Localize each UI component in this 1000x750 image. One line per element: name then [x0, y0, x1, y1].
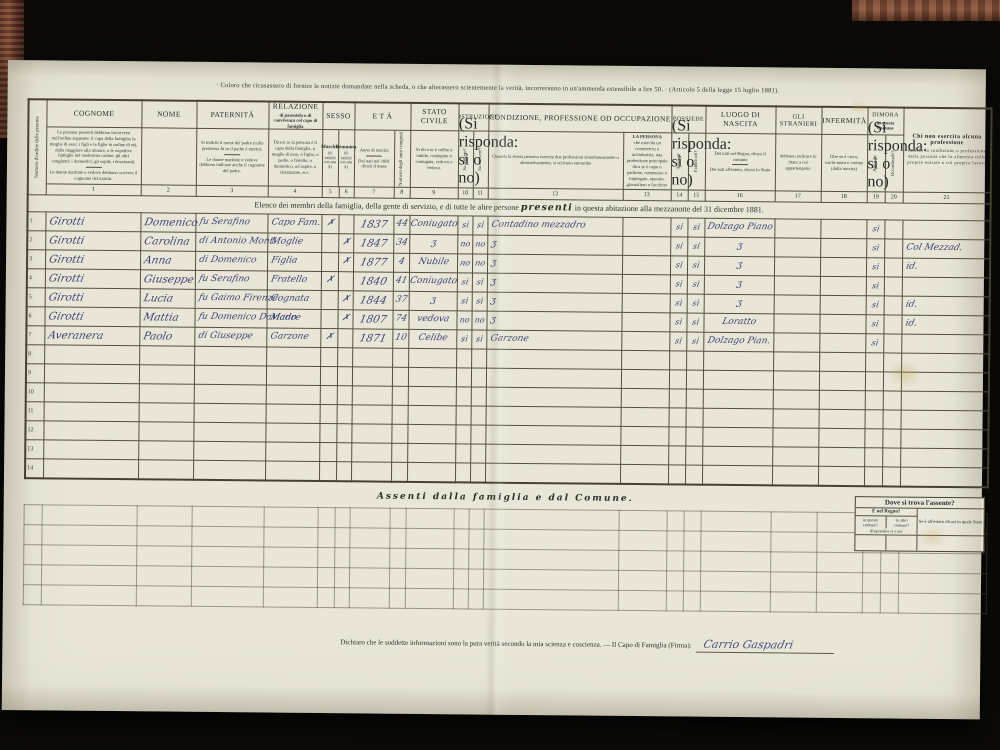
cell-row-number: 2	[27, 231, 45, 250]
cell-sesso-f	[337, 367, 352, 386]
cell-sesso-f	[336, 424, 351, 443]
cell-luogo-nascita: ʒ	[704, 256, 774, 276]
cell-anno-nascita	[350, 508, 390, 528]
cell-infermita	[820, 295, 866, 314]
cell-terreni	[669, 351, 686, 370]
cell-relazione	[264, 507, 318, 528]
header-stato-civile: STATO CIVILE	[410, 103, 458, 131]
cell-paternita	[192, 506, 264, 527]
cell-stato-civile	[406, 548, 454, 568]
cell-sesso-f	[338, 272, 353, 291]
cell-la-persona	[618, 570, 666, 590]
header-relazione: RELAZIONE di parentela o di convivenza c…	[268, 102, 322, 130]
header-eta: E T À	[354, 102, 410, 130]
cell-relazione: Moglie	[267, 233, 321, 253]
census-table: Numero d'ordine delle persone COGNOME NO…	[24, 98, 993, 488]
cell-stato-civile	[407, 424, 455, 443]
cell-la-persona	[622, 255, 670, 274]
cell-terreni: sì	[670, 294, 687, 313]
cell-sa-leggere	[455, 425, 470, 444]
cell-infermita	[819, 333, 865, 352]
cell-terreni	[666, 571, 683, 591]
cell-terreni: sì	[669, 313, 686, 332]
cell-fabbricati	[684, 511, 701, 531]
cell-cognome	[44, 364, 139, 384]
cell-stato-civile: vedova	[408, 310, 456, 329]
cell-stranieri	[771, 512, 817, 532]
cell-cognome	[42, 545, 137, 566]
cell-anni-compiuti	[391, 424, 407, 443]
cell-anni-compiuti: 4	[393, 253, 409, 272]
note-la-persona: LA PERSONAche esercita un commercio o un…	[623, 133, 672, 190]
note-paternita: Si indichi il nome del padre (colla prem…	[196, 128, 269, 185]
cell-row-number: 6	[26, 307, 44, 326]
cell-fabbricati: sì	[687, 256, 704, 275]
head-of-family-signature: Carrio Gaspadri	[696, 638, 837, 654]
cell-nome: Giuseppe	[140, 270, 195, 290]
cell-dimora-occasionale	[880, 573, 898, 593]
penalty-notice: · Coloro che ricusassero di fornire le n…	[28, 80, 968, 96]
cell-stranieri	[774, 276, 820, 295]
cell-anni-compiuti	[392, 367, 408, 386]
cell-terreni: sì	[670, 237, 687, 256]
cell-dimora-occasionale	[883, 410, 901, 429]
cell-paternita	[194, 346, 266, 366]
cell-chi-non-esercita	[901, 353, 989, 373]
cell-row-number	[23, 585, 41, 605]
cell-nome	[139, 346, 194, 366]
cell-anno-nascita	[350, 528, 390, 548]
cell-paternita: di Domenico	[195, 251, 267, 271]
cell-sesso-m	[320, 309, 337, 328]
cell-chi-non-esercita: id.	[901, 315, 989, 335]
cell-paternita: di Antonio Monti	[195, 232, 267, 252]
cell-fabbricati	[684, 531, 701, 551]
cell-relazione	[265, 461, 319, 481]
cell-dimora-occasionale	[884, 277, 902, 296]
cell-luogo-nascita	[702, 465, 772, 485]
cell-stranieri	[773, 371, 819, 390]
header-stranieri: GLI STRANIERI	[775, 106, 821, 134]
cell-chi-non-esercita: id.	[902, 258, 990, 278]
cell-sa-scrivere	[468, 569, 483, 589]
cell-dimora-occasionale	[884, 258, 902, 277]
cell-luogo-nascita: ʒ	[704, 275, 774, 295]
cell-nome: Paolo	[139, 327, 194, 347]
cell-condizione: ʒ	[486, 311, 621, 331]
cell-anni-compiuti	[390, 528, 406, 548]
cell-sa-scrivere: sì	[472, 273, 487, 292]
cell-infermita	[817, 552, 863, 572]
cell-paternita	[193, 422, 265, 442]
cell-sa-leggere: no	[457, 235, 472, 254]
cell-anni-compiuti	[391, 443, 407, 462]
cell-anno-nascita	[352, 405, 392, 424]
cell-sa-scrivere: sì	[472, 292, 487, 311]
cell-stranieri	[771, 552, 817, 572]
cell-terreni	[669, 389, 686, 408]
cell-sesso-f	[335, 508, 350, 528]
cell-infermita	[819, 314, 865, 333]
cell-sesso-f	[335, 548, 350, 568]
cell-stranieri	[773, 352, 819, 371]
cell-infermita	[818, 447, 864, 466]
cell-row-number	[24, 525, 42, 545]
cell-stato-civile	[408, 348, 456, 367]
cell-sa-leggere: sì	[457, 216, 472, 235]
cell-cognome	[44, 402, 139, 422]
cell-paternita	[191, 586, 263, 607]
cell-condizione	[485, 444, 620, 464]
cell-paternita	[193, 441, 265, 461]
cell-sa-leggere	[456, 349, 471, 368]
cell-sa-scrivere	[471, 387, 486, 406]
cell-fabbricati: sì	[686, 313, 703, 332]
cell-sesso-m	[320, 404, 337, 423]
cell-stranieri	[774, 238, 820, 257]
cell-relazione	[266, 385, 320, 405]
cell-sa-leggere	[454, 509, 469, 529]
note-infermita: Dire se è cieco, sordo-muto o cretino (d…	[821, 134, 868, 191]
cell-row-number	[24, 505, 42, 525]
cell-relazione	[266, 366, 320, 386]
cell-sesso-m	[318, 527, 335, 547]
cell-luogo-nascita	[700, 571, 770, 592]
cell-stato-civile	[408, 386, 456, 405]
header-nome: NOME	[141, 100, 196, 128]
cell-sa-scrivere	[469, 529, 484, 549]
cell-paternita: fu Serafino	[195, 213, 267, 233]
cell-stranieri	[774, 219, 820, 238]
cell-dimora-abituale	[862, 593, 880, 613]
cell-anni-compiuti	[390, 508, 406, 528]
cell-chi-non-esercita	[901, 334, 989, 354]
cell-nome	[139, 403, 194, 423]
cell-terreni	[669, 370, 686, 389]
cell-terreni	[668, 465, 685, 485]
cell-sesso-f: ✗	[337, 310, 352, 329]
present-emphasis: presenti	[521, 202, 573, 213]
cell-sesso-f	[336, 443, 351, 462]
cell-terreni	[667, 531, 684, 551]
cell-sesso-f: ✗	[338, 234, 353, 253]
cell-stato-civile	[406, 508, 454, 528]
cell-dimora-occasionale	[884, 220, 902, 239]
cell-sa-scrivere: no	[472, 235, 487, 254]
cell-cognome	[44, 345, 139, 365]
cell-sa-leggere	[455, 444, 470, 463]
cell-stranieri	[770, 572, 816, 592]
cell-row-number: 10	[26, 383, 44, 402]
cell-condizione: ʒ	[487, 292, 622, 312]
header-row-number-column: Numero d'ordine delle persone	[28, 99, 47, 195]
cell-condizione	[485, 463, 620, 484]
cell-infermita	[820, 238, 866, 257]
cell-stato-civile	[405, 568, 453, 588]
cell-dimora-abituale	[865, 353, 883, 372]
cell-terreni: sì	[669, 332, 686, 351]
cell-luogo-nascita	[702, 427, 772, 447]
cell-anno-nascita	[349, 568, 389, 588]
cell-cognome: Girotti	[45, 288, 140, 308]
cell-nome	[138, 460, 193, 480]
cell-cognome	[44, 383, 139, 403]
cell-condizione	[484, 549, 619, 570]
cell-sa-scrivere	[469, 549, 484, 569]
cell-anno-nascita	[350, 548, 390, 568]
header-condizione: CONDIZIONE, PROFESSIONE OD OCCUPAZIONE	[488, 104, 671, 133]
cell-la-persona	[620, 445, 668, 464]
cell-stranieri	[773, 333, 819, 352]
cell-nome: Domenico	[140, 213, 195, 233]
cell-chi-non-esercita	[901, 391, 989, 411]
cell-condizione	[485, 425, 620, 445]
cell-dimora-occasionale	[883, 391, 901, 410]
cell-anni-compiuti	[389, 568, 405, 588]
cell-la-persona	[619, 530, 667, 550]
cell-dimora-abituale	[865, 372, 883, 391]
cell-dimora-occasionale	[884, 239, 902, 258]
cell-dimora-abituale	[865, 410, 883, 429]
cell-anni-compiuti: 10	[392, 329, 408, 348]
cell-sa-leggere	[456, 368, 471, 387]
header-luogo-nascita: LUOGO DI NASCITA	[705, 106, 775, 134]
cell-paternita	[191, 566, 263, 587]
cell-cognome	[43, 421, 138, 441]
note-eta: Anno di nascitaDei nati nel 1881 dicesi …	[354, 130, 411, 187]
cell-condizione: Garzone	[486, 330, 621, 350]
cell-stato-civile	[406, 528, 454, 548]
cell-relazione	[263, 567, 317, 588]
cell-row-number: 12	[25, 421, 43, 440]
cell-stranieri	[773, 390, 819, 409]
cell-dimora-abituale	[864, 429, 882, 448]
cell-luogo-nascita: ʒ	[704, 237, 774, 257]
cell-anno-nascita	[352, 386, 392, 405]
cell-sa-scrivere: no	[472, 254, 487, 273]
cell-luogo-nascita: ʒ	[704, 294, 774, 314]
cell-chi-non-esercita: id.	[902, 296, 990, 316]
note-relazione: Dicesi se la persona è il capo della fam…	[268, 129, 323, 186]
cell-relazione	[266, 347, 320, 367]
cell-fabbricati	[686, 351, 703, 370]
cell-chi-non-esercita	[901, 410, 989, 430]
cell-chi-non-esercita	[898, 573, 986, 594]
cell-stranieri	[770, 592, 816, 612]
cell-sesso-m: ✗	[321, 271, 338, 290]
cell-anno-nascita	[352, 367, 392, 386]
cell-terreni: sì	[670, 218, 687, 237]
absent-box-this-comune: in questo comune?	[856, 516, 887, 529]
cell-infermita	[819, 390, 865, 409]
cell-anni-compiuti	[392, 348, 408, 367]
census-sheet-content: · Coloro che ricusassero di fornire le n…	[2, 60, 986, 719]
cell-anni-compiuti	[392, 386, 408, 405]
cell-relazione	[264, 527, 318, 548]
cell-dimora-occasionale	[883, 315, 901, 334]
cell-nome	[137, 526, 192, 547]
cell-cognome: Girotti	[45, 269, 140, 289]
cell-sa-leggere: no	[456, 311, 471, 330]
cell-fabbricati: sì	[687, 275, 704, 294]
cell-relazione	[265, 442, 319, 462]
cell-relazione: Fratello	[267, 271, 321, 291]
cell-infermita	[818, 466, 864, 486]
cell-luogo-nascita	[703, 351, 773, 371]
cell-anno-nascita: 1837	[353, 215, 393, 234]
cell-row-number: 9	[26, 364, 44, 383]
note-stranieri: debbono indicare lo Stato a cui apparten…	[775, 134, 822, 191]
cell-la-persona	[622, 293, 670, 312]
cell-chi-non-esercita	[901, 372, 989, 392]
note-dimora: Abituale Occasionale? (Si risponda: sì o…	[867, 135, 904, 192]
header-paternita: PATERNITÀ	[196, 101, 268, 129]
cell-sa-scrivere: no	[471, 311, 486, 330]
cell-dimora-occasionale	[883, 334, 901, 353]
cell-stranieri	[774, 257, 820, 276]
cell-stato-civile	[408, 405, 456, 424]
cell-sa-scrivere	[471, 406, 486, 425]
absent-box-respond-note: (Rispondere sì o no)	[855, 529, 917, 536]
cell-anno-nascita: 1877	[353, 253, 393, 272]
cell-la-persona	[621, 407, 669, 426]
cell-cognome	[42, 525, 137, 546]
cell-cognome: Girotti	[45, 250, 140, 270]
cell-sesso-f	[334, 588, 349, 608]
cell-chi-non-esercita	[900, 448, 988, 468]
cell-sa-leggere	[453, 589, 468, 609]
cell-fabbricati	[686, 389, 703, 408]
cell-condizione	[486, 368, 621, 388]
cell-terreni: sì	[670, 256, 687, 275]
absent-box-empty-row	[855, 535, 983, 552]
cell-anni-compiuti: 37	[393, 291, 409, 310]
cell-nome	[138, 422, 193, 442]
cell-infermita	[819, 352, 865, 371]
cell-sesso-f	[338, 215, 353, 234]
cell-sesso-m	[318, 547, 335, 567]
cell-relazione: Garzone	[266, 328, 320, 348]
cell-luogo-nascita	[703, 370, 773, 390]
cell-la-persona	[621, 369, 669, 388]
cell-condizione	[486, 387, 621, 407]
cell-dimora-abituale: sì	[865, 334, 883, 353]
cell-condizione	[484, 509, 619, 530]
cell-sesso-m	[321, 290, 338, 309]
cell-sesso-f	[337, 386, 352, 405]
cell-anni-compiuti: 44	[393, 215, 409, 234]
cell-anni-compiuti	[391, 462, 407, 482]
cell-anno-nascita: 1807	[352, 310, 392, 329]
cell-dimora-abituale	[862, 573, 880, 593]
cell-anno-nascita: 1844	[353, 291, 393, 310]
cell-anni-compiuti: 74	[392, 310, 408, 329]
cell-condizione	[483, 569, 618, 590]
cell-la-persona	[622, 274, 670, 293]
declaration-text: Dichiaro che le suddette informazioni so…	[340, 638, 691, 649]
cell-paternita: fu Gaimo Firenze	[195, 289, 267, 309]
cell-anni-compiuti	[389, 588, 405, 608]
cell-stranieri	[772, 447, 818, 466]
cell-chi-non-esercita	[900, 429, 988, 449]
cell-row-number: 3	[27, 250, 45, 269]
cell-luogo-nascita	[703, 389, 773, 409]
cell-sa-scrivere	[470, 444, 485, 463]
cell-relazione: Madre	[266, 309, 320, 329]
cell-sa-scrivere: sì	[472, 216, 487, 235]
cell-la-persona	[620, 464, 668, 484]
cell-sesso-m	[320, 347, 337, 366]
wood-fragment-top-right	[852, 0, 1000, 21]
cell-nome	[139, 384, 194, 404]
cell-stato-civile	[407, 462, 455, 482]
cell-infermita	[820, 257, 866, 276]
cell-fabbricati	[686, 370, 703, 389]
note-nome	[141, 128, 197, 185]
cell-relazione: Cognata	[267, 290, 321, 310]
cell-luogo-nascita: Loratto	[703, 313, 773, 333]
cell-terreni	[669, 408, 686, 427]
cell-luogo-nascita	[702, 446, 772, 466]
cell-condizione	[484, 529, 619, 550]
cell-condizione: ʒ	[487, 254, 622, 274]
cell-condizione: Contadino mezzadro	[487, 216, 622, 236]
cell-fabbricati	[686, 408, 703, 427]
cell-luogo-nascita	[701, 531, 771, 552]
cell-cognome	[43, 440, 138, 460]
cell-stranieri	[772, 428, 818, 447]
cell-anno-nascita: 1871	[352, 329, 392, 348]
cell-condizione	[486, 406, 621, 426]
cell-infermita	[820, 219, 866, 238]
cell-la-persona	[621, 350, 669, 369]
cell-fabbricati	[683, 571, 700, 591]
cell-dimora-occasionale	[882, 467, 900, 487]
cell-cognome	[41, 565, 136, 586]
cell-dimora-abituale	[863, 553, 881, 573]
cell-cognome	[41, 585, 136, 606]
cell-luogo-nascita	[700, 591, 770, 612]
cell-nome: Carolina	[140, 232, 195, 252]
cell-cognome: Girotti	[45, 212, 140, 232]
cell-paternita	[193, 460, 265, 480]
cell-nome: Mattia	[139, 308, 194, 328]
cell-infermita	[819, 371, 865, 390]
cell-dimora-abituale: sì	[866, 277, 884, 296]
cell-condizione	[483, 589, 618, 610]
cell-paternita: di Giuseppe	[194, 327, 266, 347]
cell-row-number: 13	[25, 440, 43, 459]
cell-sesso-m	[320, 385, 337, 404]
note-possiede: Terreni? Fabbricati? (Si risponda: sì o …	[671, 133, 706, 190]
cell-sa-scrivere	[471, 368, 486, 387]
cell-fabbricati: sì	[687, 218, 704, 237]
cell-row-number: 14	[25, 459, 43, 479]
cell-sa-leggere: sì	[457, 273, 472, 292]
cell-sesso-m	[317, 567, 334, 587]
cell-row-number	[24, 545, 42, 565]
cell-la-persona	[621, 388, 669, 407]
cell-stato-civile	[408, 367, 456, 386]
cell-anni-compiuti	[392, 405, 408, 424]
cell-sesso-m: ✗	[321, 214, 338, 233]
cell-nome	[136, 586, 191, 607]
cell-fabbricati	[685, 465, 702, 485]
cell-sa-scrivere	[471, 349, 486, 368]
cell-dimora-abituale: sì	[866, 258, 884, 277]
cell-sa-scrivere	[468, 589, 483, 609]
cell-sa-leggere	[454, 549, 469, 569]
